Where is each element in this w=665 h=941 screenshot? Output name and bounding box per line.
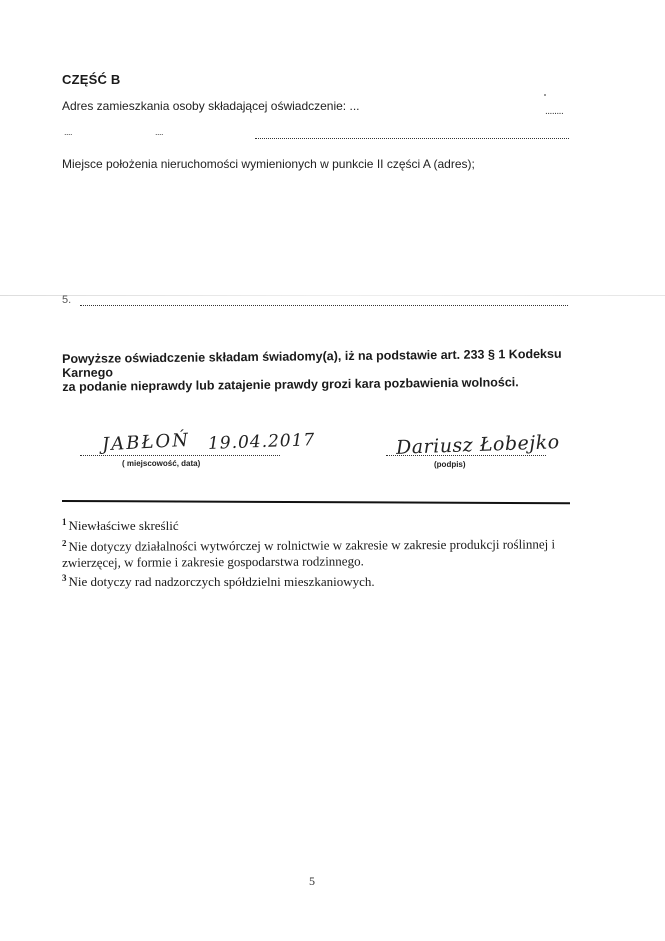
address-label: Adres zamieszkania osoby składającej ośw… xyxy=(62,99,359,113)
handwritten-place: JABŁOŃ xyxy=(102,430,191,456)
footnote-marker: 3 xyxy=(62,573,67,583)
scan-artifact-line xyxy=(0,295,665,296)
footnote-text: Nie dotyczy rad nadzorczych spółdzielni … xyxy=(69,574,375,589)
address-fill-line xyxy=(255,138,569,139)
property-location-label: Miejsce położenia nieruchomości wymienio… xyxy=(62,157,475,171)
page-number: 5 xyxy=(309,874,315,889)
footnote-3: 3Nie dotyczy rad nadzorczych spółdzielni… xyxy=(62,570,375,590)
item-number: 5. xyxy=(62,294,71,306)
signature-line xyxy=(386,455,546,456)
place-date-line xyxy=(80,455,280,456)
footnote-text: Nie dotyczy działalności wytwórczej w ro… xyxy=(62,536,555,570)
address-dots-right: ........ xyxy=(545,106,563,117)
section-heading: CZĘŚĆ B xyxy=(62,72,120,87)
address-dots-a: .... xyxy=(64,127,72,137)
signature-caption: (podpis) xyxy=(434,460,466,469)
footnote-marker: 2 xyxy=(62,538,67,548)
footnote-2: 2Nie dotyczy działalności wytwórczej w r… xyxy=(62,532,582,571)
scan-speck xyxy=(544,94,546,96)
footnote-text: Niewłaściwe skreślić xyxy=(69,518,179,533)
handwritten-date: 19.04.2017 xyxy=(208,430,316,454)
place-date-caption: ( miejscowość, data) xyxy=(122,459,200,468)
declaration-statement: Powyższe oświadczenie składam świadomy(a… xyxy=(62,347,582,394)
footnote-marker: 1 xyxy=(62,517,67,527)
footnote-1: 1Niewłaściwe skreślić xyxy=(62,514,179,534)
item-fill-line xyxy=(80,305,568,306)
address-dots-b: .... xyxy=(155,127,163,137)
footnote-separator xyxy=(62,500,570,504)
